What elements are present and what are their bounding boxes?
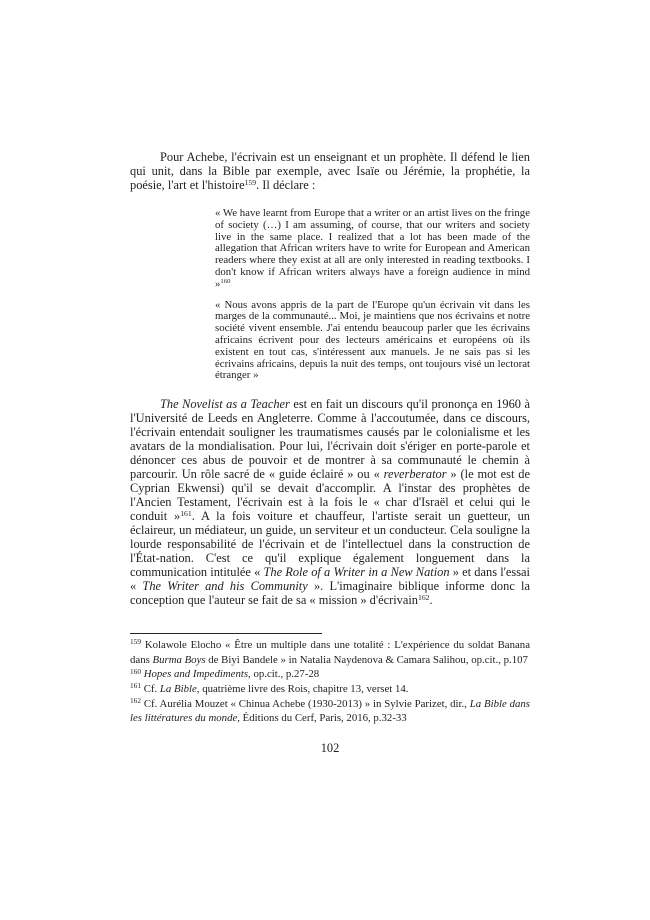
blockquote-french: « Nous avons appris de la part de l'Euro… xyxy=(215,300,530,383)
document-page: Pour Achebe, l'écrivain est un enseignan… xyxy=(0,0,650,920)
footnote-ref-160: 160 xyxy=(220,278,230,285)
title-burma-boys: Burma Boys xyxy=(153,654,206,666)
text-block: Pour Achebe, l'écrivain est un enseignan… xyxy=(130,150,530,756)
title-role-of-a-writer: The Role of a Writer in a New Nation xyxy=(264,565,450,579)
text-run: . Il déclare : xyxy=(256,178,315,192)
footnote-number: 160 xyxy=(130,667,141,676)
text-run: , quatrième livre des Rois, chapitre 13,… xyxy=(197,683,409,695)
text-run: Pour Achebe, l'écrivain est un enseignan… xyxy=(130,150,530,192)
text-run: Cf. Aurélia Mouzet « Chinua Achebe (1930… xyxy=(141,698,470,710)
text-run: « We have learnt from Europe that a writ… xyxy=(215,207,530,290)
page-number: 102 xyxy=(130,741,530,756)
footnote-number: 159 xyxy=(130,637,141,646)
title-novelist-as-teacher: The Novelist as a Teacher xyxy=(160,397,290,411)
footnote-ref-159: 159 xyxy=(245,178,257,187)
footnote-159: 159 Kolawole Elocho « Être un multiple d… xyxy=(130,638,530,667)
footnote-ref-162: 162 xyxy=(418,593,430,602)
term-reverberator: reverberator xyxy=(384,467,447,481)
text-run: , Éditions du Cerf, Paris, 2016, p.32-33 xyxy=(237,712,406,724)
footnote-ref-161: 161 xyxy=(180,509,192,518)
footnote-number: 161 xyxy=(130,681,141,690)
footnote-160: 160 Hopes and Impediments, op.cit., p.27… xyxy=(130,667,530,682)
footnote-separator xyxy=(130,633,322,634)
text-run: de Biyi Bandele » in Natalia Naydenova &… xyxy=(206,654,528,666)
text-run: Cf. xyxy=(141,683,160,695)
footnote-162: 162 Cf. Aurélia Mouzet « Chinua Achebe (… xyxy=(130,697,530,726)
footnotes-section: 159 Kolawole Elocho « Être un multiple d… xyxy=(130,638,530,726)
title-hopes-and-impediments: Hopes and Impediments, xyxy=(141,668,251,680)
text-run: op.cit., p.27-28 xyxy=(251,668,319,680)
footnote-161: 161 Cf. La Bible, quatrième livre des Ro… xyxy=(130,682,530,697)
title-writer-and-his-community: The Writer and his Community xyxy=(142,579,307,593)
paragraph-intro: Pour Achebe, l'écrivain est un enseignan… xyxy=(130,150,530,192)
title-la-bible: La Bible xyxy=(160,683,197,695)
footnote-number: 162 xyxy=(130,696,141,705)
blockquote-english: « We have learnt from Europe that a writ… xyxy=(215,208,530,291)
text-run: « Nous avons appris de la part de l'Euro… xyxy=(215,299,530,382)
paragraph-novelist: The Novelist as a Teacher est en fait un… xyxy=(130,397,530,607)
